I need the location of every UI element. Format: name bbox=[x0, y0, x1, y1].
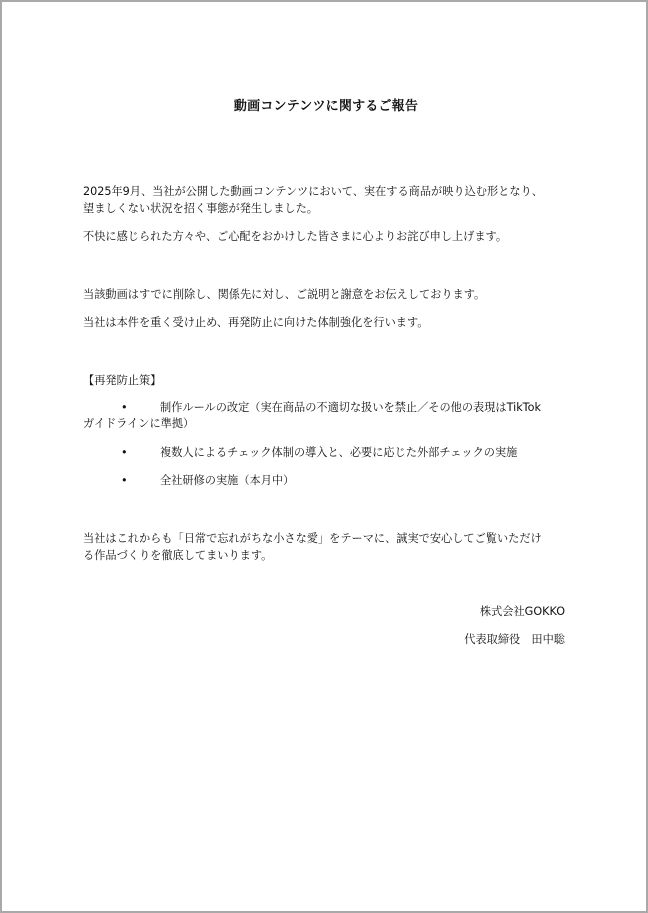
intro-paragraph: 2025年9月、当社が公開した動画コンテンツにおいて、実在する商品が映り込む形と… bbox=[83, 183, 573, 217]
measure-item-2-text: 複数人によるチェック体制の導入と、必要に応じた外部チェックの実施 bbox=[160, 444, 517, 461]
measure-item-1: • 制作ルールの改定（実在商品の不適切な扱いを禁止／その他の表現はTikTok … bbox=[83, 399, 573, 433]
measure-item-1-line-2: ガイドラインに準拠） bbox=[83, 415, 194, 432]
measure-item-1-line-1: 制作ルールの改定（実在商品の不適切な扱いを禁止／その他の表現はTikTok bbox=[160, 399, 541, 416]
commitment-line: 当社は本件を重く受け止め、再発防止に向けた体制強化を行います。 bbox=[83, 314, 573, 331]
representative-name: 代表取締役 田中聡 bbox=[464, 631, 565, 648]
closing-line-2: る作品づくりを徹底してまいります。 bbox=[83, 547, 573, 564]
document-title: 動画コンテンツに関するご報告 bbox=[2, 95, 648, 114]
closing-paragraph: 当社はこれからも「日常で忘れがちな小さな愛」をテーマに、誠実で安心してご覧いただ… bbox=[83, 530, 573, 564]
bullet-icon: • bbox=[121, 399, 128, 416]
measure-item-3: • 全社研修の実施（本月中） bbox=[83, 472, 573, 489]
closing-line-1: 当社はこれからも「日常で忘れがちな小さな愛」をテーマに、誠実で安心してご覧いただ… bbox=[83, 530, 573, 547]
company-name: 株式会社GOKKO bbox=[480, 603, 565, 620]
document-page: 動画コンテンツに関するご報告 2025年9月、当社が公開した動画コンテンツにおい… bbox=[0, 0, 648, 913]
apology-paragraph: 不快に感じられた方々や、ご心配をおかけした皆さまに心よりお詫び申し上げます。 bbox=[83, 228, 573, 245]
action-paragraph: 当該動画はすでに削除し、関係先に対し、ご説明と謝意をお伝えしております。 bbox=[83, 286, 573, 303]
intro-line-2: 望ましくない状況を招く事態が発生しました。 bbox=[83, 200, 573, 217]
apology-line: 不快に感じられた方々や、ご心配をおかけした皆さまに心よりお詫び申し上げます。 bbox=[83, 228, 573, 245]
action-line: 当該動画はすでに削除し、関係先に対し、ご説明と謝意をお伝えしております。 bbox=[83, 286, 573, 303]
measure-item-2: • 複数人によるチェック体制の導入と、必要に応じた外部チェックの実施 bbox=[83, 444, 573, 461]
measures-heading-text: 【再発防止策】 bbox=[83, 372, 573, 389]
bullet-icon: • bbox=[121, 444, 128, 461]
bullet-icon: • bbox=[121, 472, 128, 489]
commitment-paragraph: 当社は本件を重く受け止め、再発防止に向けた体制強化を行います。 bbox=[83, 314, 573, 331]
measures-heading: 【再発防止策】 bbox=[83, 372, 573, 389]
measure-item-3-text: 全社研修の実施（本月中） bbox=[160, 472, 294, 489]
intro-line-1: 2025年9月、当社が公開した動画コンテンツにおいて、実在する商品が映り込む形と… bbox=[83, 183, 573, 200]
